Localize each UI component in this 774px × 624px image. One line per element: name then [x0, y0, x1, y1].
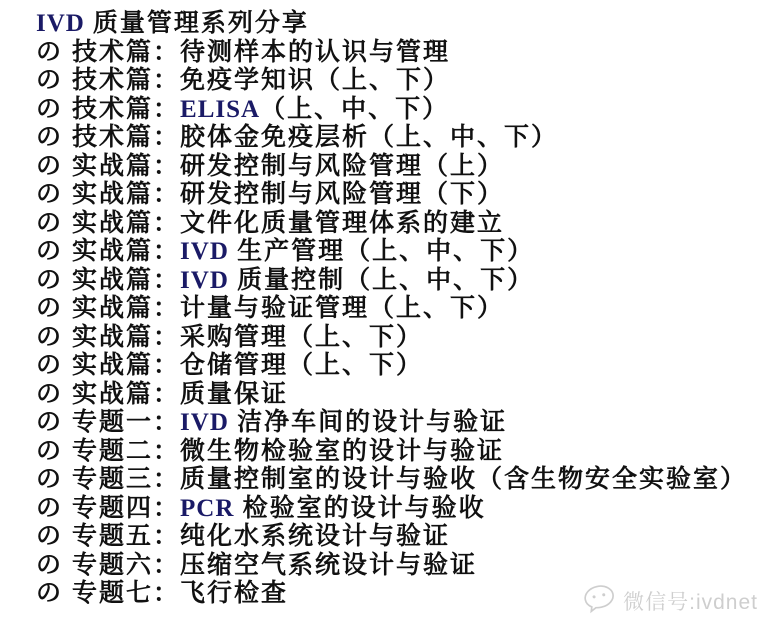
item-text: 实战篇：质量保证: [72, 381, 288, 408]
page-title: IVD质量管理系列分享: [36, 10, 772, 39]
bullet-marker: の: [36, 96, 63, 125]
item-text: 技术篇：免疫学知识（上、下）: [72, 67, 450, 94]
topic-list: の技术篇：待测样本的认识与管理の技术篇：免疫学知识（上、下）の技术篇：ELISA…: [36, 39, 772, 609]
item-text: 专题一：: [72, 409, 180, 436]
item-latin-acronym: IVD: [180, 267, 229, 294]
bullet-marker: の: [36, 153, 63, 182]
bullet-marker: の: [36, 39, 63, 68]
bullet-marker: の: [36, 67, 63, 96]
item-text: 实战篇：: [72, 267, 180, 294]
bullet-marker: の: [36, 552, 63, 581]
item-text: 专题六：压缩空气系统设计与验证: [72, 552, 477, 579]
bullet-marker: の: [36, 210, 63, 239]
item-text: 专题七：飞行检查: [72, 580, 288, 607]
item-text: 实战篇：计量与验证管理（上、下）: [72, 295, 504, 322]
list-item: の实战篇：质量保证: [36, 381, 772, 410]
bullet-marker: の: [36, 352, 63, 381]
item-text: 技术篇：: [72, 96, 180, 123]
list-item: の专题四：PCR 检验室的设计与验收: [36, 495, 772, 524]
bullet-marker: の: [36, 438, 63, 467]
list-item: の实战篇：采购管理（上、下）: [36, 324, 772, 353]
list-item: の实战篇：文件化质量管理体系的建立: [36, 210, 772, 239]
item-text: 实战篇：研发控制与风险管理（上）: [72, 153, 504, 180]
list-item: の专题六：压缩空气系统设计与验证: [36, 552, 772, 581]
list-item: の实战篇：计量与验证管理（上、下）: [36, 295, 772, 324]
bullet-marker: の: [36, 495, 63, 524]
title-latin: IVD: [36, 10, 85, 37]
watermark: 微信号:ivdnet: [584, 584, 758, 618]
list-item: の技术篇：免疫学知识（上、下）: [36, 67, 772, 96]
bullet-marker: の: [36, 295, 63, 324]
title-text: 质量管理系列分享: [93, 10, 309, 37]
bullet-marker: の: [36, 409, 63, 438]
item-latin-acronym: IVD: [180, 409, 229, 436]
bullet-marker: の: [36, 238, 63, 267]
bullet-marker: の: [36, 324, 63, 353]
item-text: 实战篇：研发控制与风险管理（下）: [72, 181, 504, 208]
topic-list-document: IVD质量管理系列分享 の技术篇：待测样本的认识与管理の技术篇：免疫学知识（上、…: [36, 10, 772, 609]
item-latin-acronym: IVD: [180, 238, 229, 265]
bullet-marker: の: [36, 523, 63, 552]
list-item: の专题五：纯化水系统设计与验证: [36, 523, 772, 552]
bullet-marker: の: [36, 124, 63, 153]
item-text-post: 质量控制（上、中、下）: [229, 267, 534, 294]
list-item: の实战篇：仓储管理（上、下）: [36, 352, 772, 381]
item-text: 技术篇：胶体金免疫层析（上、中、下）: [72, 124, 558, 151]
bullet-marker: の: [36, 580, 63, 609]
item-text: 专题四：: [72, 495, 180, 522]
bullet-marker: の: [36, 381, 63, 410]
item-latin-acronym: ELISA: [180, 96, 260, 123]
list-item: の专题一：IVD 洁净车间的设计与验证: [36, 409, 772, 438]
item-text: 专题三：质量控制室的设计与验收（含生物安全实验室）: [72, 466, 747, 493]
item-text: 实战篇：文件化质量管理体系的建立: [72, 210, 504, 237]
document-page: { "colors": { "background": "#ffffff", "…: [0, 0, 774, 624]
list-item: の实战篇：IVD 生产管理（上、中、下）: [36, 238, 772, 267]
list-item: の专题三：质量控制室的设计与验收（含生物安全实验室）: [36, 466, 772, 495]
item-text-post: 检验室的设计与验收: [234, 495, 485, 522]
item-text: 实战篇：仓储管理（上、下）: [72, 352, 423, 379]
item-text: 技术篇：待测样本的认识与管理: [72, 39, 450, 66]
list-item: の实战篇：研发控制与风险管理（上）: [36, 153, 772, 182]
item-text: 专题二：微生物检验室的设计与验证: [72, 438, 504, 465]
list-item: の专题二：微生物检验室的设计与验证: [36, 438, 772, 467]
bullet-marker: の: [36, 181, 63, 210]
item-text: 专题五：纯化水系统设计与验证: [72, 523, 450, 550]
list-item: の实战篇：IVD 质量控制（上、中、下）: [36, 267, 772, 296]
item-text: 实战篇：采购管理（上、下）: [72, 324, 423, 351]
list-item: の技术篇：ELISA（上、中、下）: [36, 96, 772, 125]
item-text-post: 洁净车间的设计与验证: [229, 409, 507, 436]
list-item: の技术篇：胶体金免疫层析（上、中、下）: [36, 124, 772, 153]
watermark-text: 微信号:ivdnet: [623, 586, 758, 616]
bullet-marker: の: [36, 267, 63, 296]
bullet-marker: の: [36, 466, 63, 495]
item-text-post: （上、中、下）: [260, 96, 449, 123]
wechat-icon: [581, 581, 619, 621]
list-item: の实战篇：研发控制与风险管理（下）: [36, 181, 772, 210]
item-text-post: 生产管理（上、中、下）: [229, 238, 534, 265]
item-latin-acronym: PCR: [180, 495, 234, 522]
list-item: の技术篇：待测样本的认识与管理: [36, 39, 772, 68]
item-text: 实战篇：: [72, 238, 180, 265]
